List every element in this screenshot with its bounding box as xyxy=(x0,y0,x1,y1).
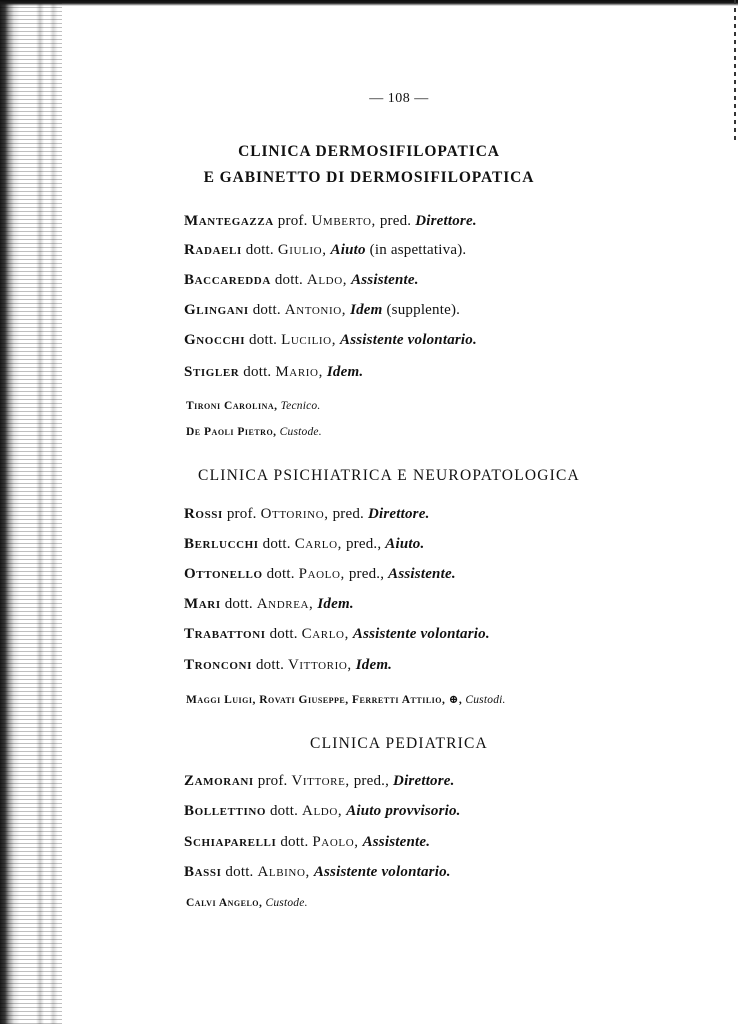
after-note: (supplente). xyxy=(386,302,460,318)
surname: Berlucchi xyxy=(184,536,259,552)
first-name: Giulio, xyxy=(278,242,327,258)
staff-name: De Paoli Pietro, xyxy=(186,426,277,438)
extra-note: pred. xyxy=(333,506,364,522)
staff-entry: Baccaredda dott. Aldo, Assistente. xyxy=(184,272,419,289)
academic-title: dott. xyxy=(225,864,253,880)
staff-entry: Trabattoni dott. Carlo, Assistente volon… xyxy=(184,626,490,643)
support-staff-entry: De Paoli Pietro, Custode. xyxy=(186,426,322,438)
surname: Trabattoni xyxy=(184,626,266,642)
surname: Schiaparelli xyxy=(184,834,276,850)
role: Custode. xyxy=(265,897,307,909)
first-name: Carlo, xyxy=(302,626,349,642)
surname: Glingani xyxy=(184,302,249,318)
after-note: (in aspettativa). xyxy=(370,242,467,258)
academic-title: dott. xyxy=(256,657,284,673)
extra-note: pred., xyxy=(346,536,381,552)
academic-title: dott. xyxy=(253,302,281,318)
role: Assistente volontario. xyxy=(353,626,490,642)
academic-title: dott. xyxy=(270,803,298,819)
surname: Zamorani xyxy=(184,773,254,789)
first-name: Vittore, xyxy=(291,773,349,789)
role: Tecnico. xyxy=(281,400,321,412)
support-staff-entry: Maggi Luigi, Rovati Giuseppe, Ferretti A… xyxy=(186,692,506,706)
surname: Gnocchi xyxy=(184,332,245,348)
section-heading-pediatrica: CLINICA PEDIATRICA xyxy=(0,735,738,753)
section-heading-psichiatrica: CLINICA PSICHIATRICA E NEUROPATOLOGICA xyxy=(0,467,738,485)
first-name: Aldo, xyxy=(307,272,347,288)
extra-note: pred. xyxy=(380,213,411,229)
first-name: Paolo, xyxy=(312,834,358,850)
role: Idem. xyxy=(356,657,392,673)
surname: Bassi xyxy=(184,864,221,880)
first-name: Aldo, xyxy=(302,803,342,819)
staff-entry: Tronconi dott. Vittorio, Idem. xyxy=(184,657,392,674)
staff-entry: Mantegazza prof. Umberto, pred. Direttor… xyxy=(184,213,477,230)
first-name: Paolo, xyxy=(299,566,345,582)
role: Aiuto xyxy=(331,242,366,258)
first-name: Vittorio, xyxy=(288,657,352,673)
surname: Baccaredda xyxy=(184,272,271,288)
role: Aiuto provvisorio. xyxy=(346,803,460,819)
staff-entry: Bollettino dott. Aldo, Aiuto provvisorio… xyxy=(184,803,461,820)
staff-entry: Mari dott. Andrea, Idem. xyxy=(184,596,354,613)
role: Idem. xyxy=(327,364,363,380)
role: Custode. xyxy=(280,426,322,438)
support-staff-entry: Tironi Carolina, Tecnico. xyxy=(186,400,320,412)
staff-entry: Ottonello dott. Paolo, pred., Assistente… xyxy=(184,566,456,583)
first-name: Lucilio, xyxy=(281,332,336,348)
academic-title: dott. xyxy=(267,566,295,582)
first-name: Antonio, xyxy=(285,302,346,318)
role: Assistente. xyxy=(351,272,419,288)
role: Direttore. xyxy=(368,506,430,522)
role: Direttore. xyxy=(393,773,455,789)
role: Assistente. xyxy=(363,834,431,850)
extra-note: pred., xyxy=(349,566,384,582)
staff-entry: Radaeli dott. Giulio, Aiuto (in aspettat… xyxy=(184,242,466,259)
role: Assistente. xyxy=(388,566,456,582)
first-name: Carlo, xyxy=(295,536,342,552)
surname: Mantegazza xyxy=(184,213,274,229)
academic-title: dott. xyxy=(280,834,308,850)
staff-entry: Gnocchi dott. Lucilio, Assistente volont… xyxy=(184,332,477,349)
role: Assistente volontario. xyxy=(314,864,451,880)
section-heading-dermosifilopatica-line-1: CLINICA DERMOSIFILOPATICA xyxy=(0,143,738,161)
staff-entry: Berlucchi dott. Carlo, pred., Aiuto. xyxy=(184,536,424,553)
scan-top-edge xyxy=(0,0,738,6)
staff-name: Tironi Carolina, xyxy=(186,400,278,412)
role: Idem. xyxy=(317,596,353,612)
role: Aiuto. xyxy=(385,536,424,552)
support-staff-entry: Calvi Angelo, Custode. xyxy=(186,897,308,909)
section-heading-dermosifilopatica-line-2: E GABINETTO DI DERMOSIFILOPATICA xyxy=(0,169,738,187)
academic-title: dott. xyxy=(275,272,303,288)
role: Assistente volontario. xyxy=(340,332,477,348)
surname: Mari xyxy=(184,596,221,612)
academic-title: dott. xyxy=(225,596,253,612)
academic-title: dott. xyxy=(263,536,291,552)
scan-right-edge xyxy=(734,0,736,140)
surname: Stigler xyxy=(184,364,239,380)
staff-entry: Stigler dott. Mario, Idem. xyxy=(184,364,363,381)
surname: Ottonello xyxy=(184,566,263,582)
first-name: Mario, xyxy=(275,364,323,380)
extra-note: pred., xyxy=(354,773,389,789)
page-number: — 108 — xyxy=(0,91,738,107)
academic-title: dott. xyxy=(243,364,271,380)
academic-title: prof. xyxy=(258,773,288,789)
staff-entry: Rossi prof. Ottorino, pred. Direttore. xyxy=(184,506,430,523)
surname: Radaeli xyxy=(184,242,242,258)
staff-entry: Zamorani prof. Vittore, pred., Direttore… xyxy=(184,773,455,790)
surname: Rossi xyxy=(184,506,223,522)
academic-title: dott. xyxy=(246,242,274,258)
academic-title: dott. xyxy=(270,626,298,642)
staff-entry: Bassi dott. Albino, Assistente volontari… xyxy=(184,864,451,881)
surname: Bollettino xyxy=(184,803,266,819)
role: Idem xyxy=(350,302,382,318)
staff-entry: Glingani dott. Antonio, Idem (supplente)… xyxy=(184,302,460,319)
first-name: Andrea, xyxy=(257,596,314,612)
surname: Tronconi xyxy=(184,657,252,673)
staff-name: Calvi Angelo, xyxy=(186,897,262,909)
first-name: Umberto, xyxy=(312,213,376,229)
first-name: Ottorino, xyxy=(261,506,329,522)
academic-title: prof. xyxy=(278,213,308,229)
role: Custodi. xyxy=(465,694,505,706)
first-name: Albino, xyxy=(257,864,309,880)
role: Direttore. xyxy=(415,213,477,229)
academic-title: dott. xyxy=(249,332,277,348)
staff-entry: Schiaparelli dott. Paolo, Assistente. xyxy=(184,834,430,851)
academic-title: prof. xyxy=(227,506,257,522)
staff-name: Maggi Luigi, Rovati Giuseppe, Ferretti A… xyxy=(186,694,462,706)
